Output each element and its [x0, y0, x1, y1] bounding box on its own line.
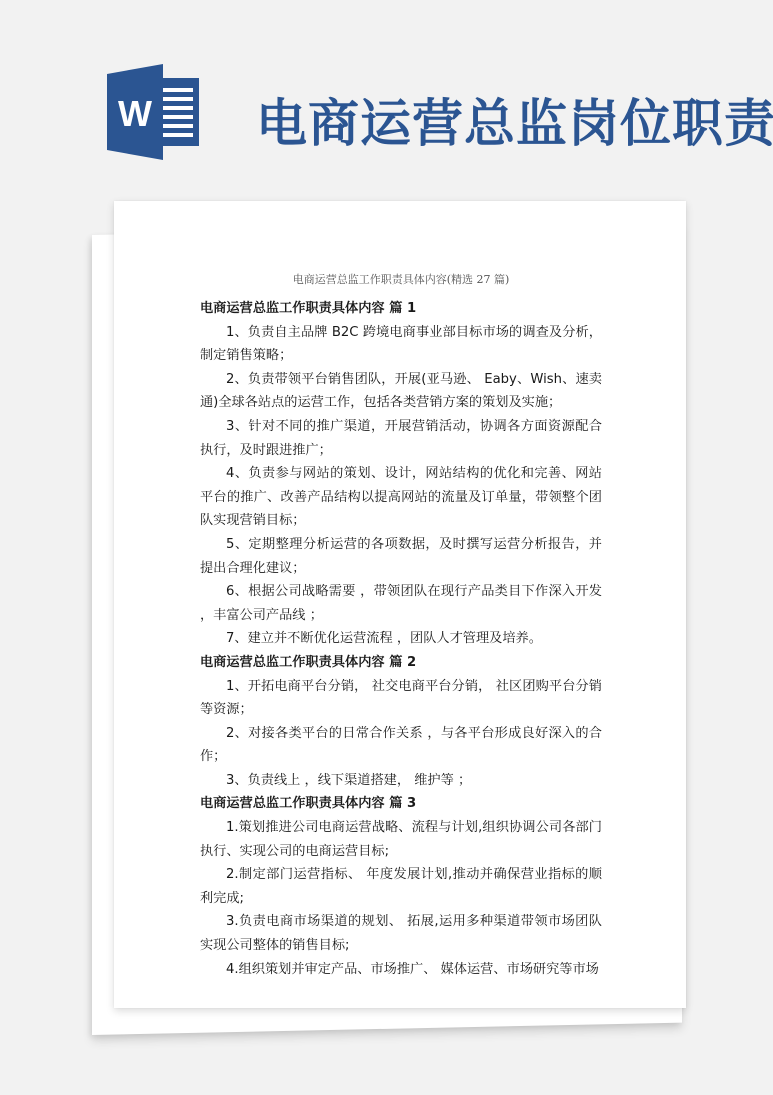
list-item: 1、负责自主品牌 B2C 跨境电商事业部目标市场的调查及分析，制定销售策略；	[200, 321, 602, 368]
header-banner: W 电商运营总监岗位职责	[0, 0, 773, 200]
list-item: 7、建立并不断优化运营流程 ，团队人才管理及培养。	[200, 627, 602, 651]
list-item: 1.策划推进公司电商运营战略、流程与计划,组织协调公司各部门执行、实现公司的电商…	[200, 816, 602, 863]
section-heading: 电商运营总监工作职责具体内容 篇 3	[200, 792, 602, 816]
list-item: 3、负责线上 ，线下渠道搭建， 维护等 ；	[200, 769, 602, 793]
document-body: 电商运营总监工作职责具体内容 篇 1 1、负责自主品牌 B2C 跨境电商事业部目…	[200, 297, 602, 981]
list-item: 2、负责带领平台销售团队，开展(亚马逊、 Eaby、Wish、速卖通)全球各站点…	[200, 368, 602, 415]
list-item: 6、根据公司战略需要 ，带领团队在现行产品类目下作深入开发 ，丰富公司产品线 ；	[200, 580, 602, 627]
list-item: 1、开拓电商平台分销， 社交电商平台分销， 社区团购平台分销等资源；	[200, 675, 602, 722]
document-page: 电商运营总监工作职责具体内容(精选 27 篇) 电商运营总监工作职责具体内容 篇…	[114, 201, 686, 1008]
list-item: 2.制定部门运营指标、 年度发展计划,推动并确保营业指标的顺利完成;	[200, 863, 602, 910]
svg-text:W: W	[118, 93, 152, 134]
list-item: 4、负责参与网站的策划、设计，网站结构的优化和完善、网站平台的推广、改善产品结构…	[200, 462, 602, 533]
document-subtitle: 电商运营总监工作职责具体内容(精选 27 篇)	[200, 271, 602, 287]
list-item: 3.负责电商市场渠道的规划、 拓展,运用多种渠道带领市场团队实现公司整体的销售目…	[200, 910, 602, 957]
list-item: 4.组织策划并审定产品、市场推广、 媒体运营、市场研究等市场	[200, 958, 602, 982]
list-item: 2、对接各类平台的日常合作关系 ，与各平台形成良好深入的合作；	[200, 722, 602, 769]
word-document-icon: W	[105, 64, 205, 160]
list-item: 5、定期整理分析运营的各项数据，及时撰写运营分析报告，并提出合理化建议；	[200, 533, 602, 580]
section-heading: 电商运营总监工作职责具体内容 篇 1	[200, 297, 602, 321]
document-title: 电商运营总监岗位职责	[256, 82, 773, 156]
section-heading: 电商运营总监工作职责具体内容 篇 2	[200, 651, 602, 675]
list-item: 3、针对不同的推广渠道，开展营销活动，协调各方面资源配合执行，及时跟进推广；	[200, 415, 602, 462]
